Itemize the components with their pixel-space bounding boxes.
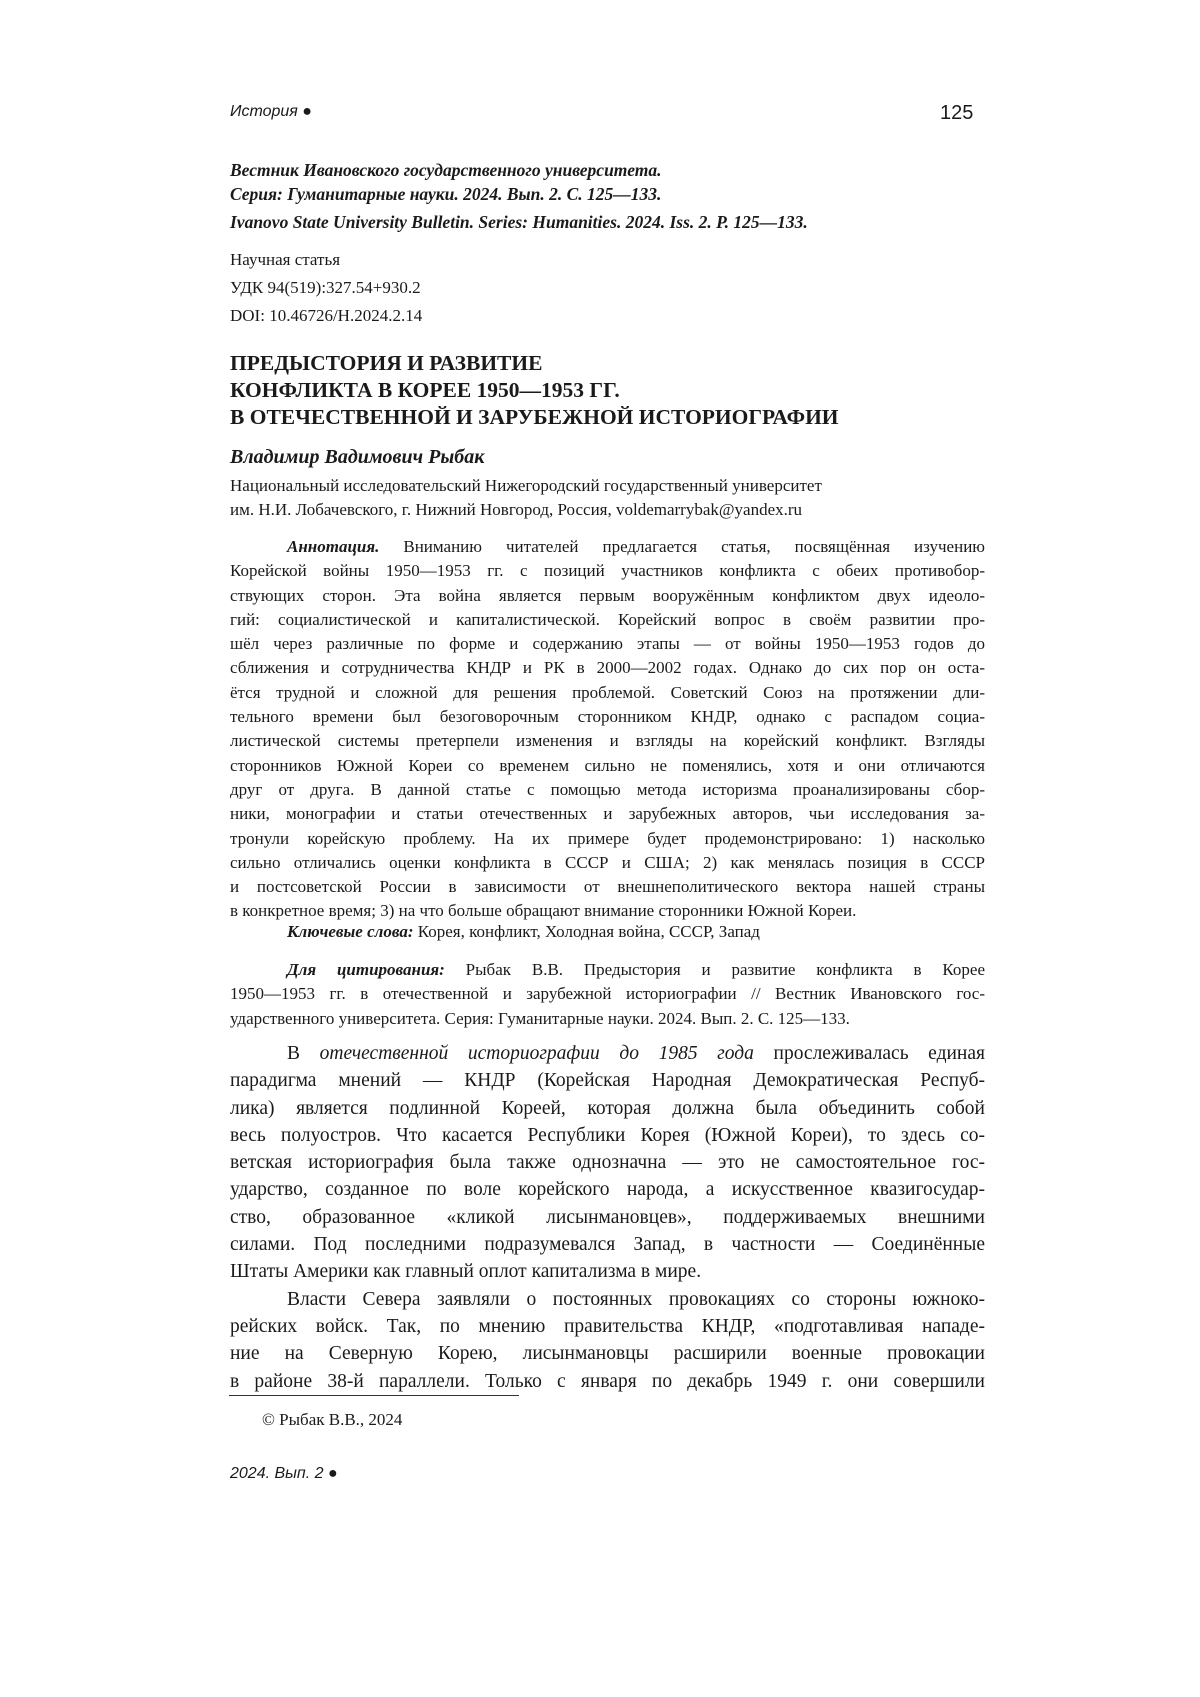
abstract-line: Аннотация. Вниманию читателей предлагает… [230,535,985,559]
text-line: ние на Северную Корею, лисынмановцы расш… [230,1340,985,1367]
abstract: Аннотация. Вниманию читателей предлагает… [230,535,985,924]
paragraph-1-lines: парадигма мнений — КНДР (Корейская Народ… [230,1067,985,1285]
text-line: ветская историография была также однозна… [230,1149,985,1176]
author-affiliation: Национальный исследовательский Нижегород… [230,474,822,522]
article-title: ПРЕДЫСТОРИЯ И РАЗВИТИЕ КОНФЛИКТА В КОРЕЕ… [230,350,990,431]
body-line: Власти Севера заявляли о постоянных пров… [230,1286,985,1313]
text-line: Корейской войны 1950—1953 гг. с позиций … [230,559,985,583]
text-line: рейских войск. Так, по мнению правительс… [230,1313,985,1340]
keywords-label: Ключевые слова: [287,922,414,941]
footnote-divider [229,1395,519,1396]
text-line: сближения и сотрудничества КНДР и РК в 2… [230,656,985,680]
emphasis: отечественной историографии до 1985 года [320,1043,754,1064]
running-head: История ● [230,103,312,121]
article-type: Научная статья [230,246,422,274]
citation-lines: 1950—1953 гг. в отечественной и зарубежн… [230,982,985,1031]
doi: DOI: 10.46726/H.2024.2.14 [230,302,422,330]
title-line: ПРЕДЫСТОРИЯ И РАЗВИТИЕ [230,350,990,377]
article-meta: Научная статья УДК 94(519):327.54+930.2 … [230,246,422,330]
citation-label: Для цитирования: [287,960,445,979]
text-line: и постсоветской России в зависимости от … [230,875,985,899]
affiliation-line: Национальный исследовательский Нижегород… [230,474,822,498]
text-line: в районе 38-й параллели. Только с января… [230,1368,985,1395]
text-line: Штаты Америки как главный оплот капитали… [230,1258,985,1285]
journal-reference: Вестник Ивановского государственного уни… [230,158,990,234]
text-line: ники, монографии и статьи отечественных … [230,802,985,826]
text-line: тронули корейскую проблему. На их пример… [230,827,985,851]
text-line: листической системы претерпели изменения… [230,729,985,753]
citation: Для цитирования: Рыбак В.В. Предыстория … [230,958,985,1031]
title-line: В ОТЕЧЕСТВЕННОЙ И ЗАРУБЕЖНОЙ ИСТОРИОГРАФ… [230,404,990,431]
text-line: лика) является подлинной Кореей, которая… [230,1095,985,1122]
body-line: В отечественной историографии до 1985 го… [230,1040,985,1067]
abstract-label: Аннотация. [287,537,379,556]
abstract-lines: Корейской войны 1950—1953 гг. с позиций … [230,559,985,923]
journal-page: История ● 125 Вестник Ивановского госуда… [0,0,1200,1697]
title-line: КОНФЛИКТА В КОРЕЕ 1950—1953 ГГ. [230,377,990,404]
text-line: шёл через различные по форме и содержани… [230,632,985,656]
text-line: 1950—1953 гг. в отечественной и зарубежн… [230,982,985,1006]
journal-ru-line-1: Вестник Ивановского государственного уни… [230,158,990,182]
text-line: ударственного университета. Серия: Гуман… [230,1007,985,1031]
text-line: сторонников Южной Кореи со временем силь… [230,754,985,778]
citation-line: Для цитирования: Рыбак В.В. Предыстория … [230,958,985,982]
text-line: сильно отличались оценки конфликта в ССС… [230,851,985,875]
text-line: гий: социалистической и капиталистическо… [230,608,985,632]
journal-en-line: Ivanovo State University Bulletin. Serie… [230,210,990,234]
text-line: друг от друга. В данной статье с помощью… [230,778,985,802]
udc-code: УДК 94(519):327.54+930.2 [230,274,422,302]
journal-ru-line-2: Серия: Гуманитарные науки. 2024. Вып. 2.… [230,182,990,206]
affiliation-line: им. Н.И. Лобачевского, г. Нижний Новгоро… [230,498,822,522]
copyright-note: © Рыбак В.В., 2024 [262,1410,402,1430]
text-line: парадигма мнений — КНДР (Корейская Народ… [230,1067,985,1094]
text-line: в конкретное время; 3) на что больше обр… [230,899,985,923]
text-line: ётся трудной и сложной для решения пробл… [230,681,985,705]
keywords: Ключевые слова: Корея, конфликт, Холодна… [230,922,1042,942]
body-text: В отечественной историографии до 1985 го… [230,1040,985,1395]
text-line: тельного времени был безоговорочным стор… [230,705,985,729]
author-name: Владимир Вадимович Рыбак [230,446,484,469]
page-number: 125 [940,102,973,125]
text-line: ство, образованное «кликой лисынмановцев… [230,1204,985,1231]
paragraph-2-lines: рейских войск. Так, по мнению правительс… [230,1313,985,1395]
text-line: ствующих сторон. Эта война является перв… [230,584,985,608]
text-line: весь полуостров. Что касается Республики… [230,1122,985,1149]
running-foot: 2024. Вып. 2 ● [230,1465,338,1483]
keywords-value: Корея, конфликт, Холодная война, СССР, З… [414,922,760,941]
text-line: силами. Под последними подразумевался За… [230,1231,985,1258]
text-line: ударство, созданное по воле корейского н… [230,1176,985,1203]
